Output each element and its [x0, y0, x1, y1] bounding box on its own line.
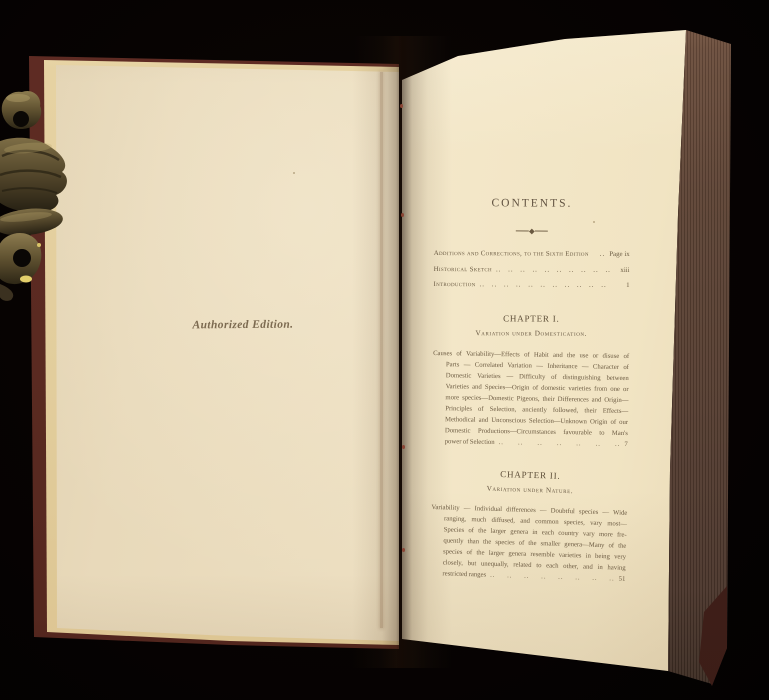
- dot-leaders: .. .. .. .. .. .. .. .. .. .. ..: [496, 262, 612, 278]
- toc-page-number: 1: [615, 278, 629, 294]
- chapter-page-number: 7: [624, 439, 628, 450]
- toc-label: Historical Sketch: [434, 261, 492, 277]
- clasp-lower-tube: [0, 205, 64, 238]
- page-title: CONTENTS.: [434, 197, 630, 213]
- chapter-1-summary: Causes of Variability—Effects of Habit a…: [432, 347, 630, 449]
- chapter-2-entry: CHAPTER II. Variation under Nature. Vari…: [429, 466, 628, 584]
- toc-page-number: Page ix: [609, 247, 630, 263]
- summary-line: restricted ranges: [442, 568, 486, 580]
- toc-row: Historical Sketch .. .. .. .. .. .. .. .…: [434, 261, 630, 278]
- clasp-hole: [13, 111, 29, 127]
- divider-ornament: [434, 228, 630, 234]
- clasp-gilt-glint: [37, 243, 41, 247]
- clasp-highlight: [6, 94, 30, 102]
- gutter-crease: [380, 72, 383, 628]
- clasp-gilt-glint: [20, 276, 32, 283]
- dot-leaders: ..: [593, 247, 606, 263]
- toc-row: Additions and Corrections, to the Sixth …: [434, 246, 630, 263]
- chapter-page-number: 51: [618, 573, 625, 584]
- toc-label: Additions and Corrections, to the Sixth …: [434, 246, 589, 262]
- binding-stitch: [401, 213, 404, 217]
- toc-page-number: xiii: [616, 262, 630, 278]
- divider-line: [535, 231, 548, 232]
- chapter-2-subheading: Variation under Nature.: [432, 482, 628, 498]
- chapter-2-heading: CHAPTER II.: [432, 466, 628, 484]
- divider-diamond: [529, 228, 535, 234]
- binding-stitch: [402, 548, 405, 552]
- photo-background: Authorized Edition. CONTENTS. Additions …: [0, 0, 769, 700]
- edition-note: Authorized Edition.: [155, 318, 331, 331]
- chapter-2-summary: Variability — Individual differences — D…: [429, 501, 627, 584]
- summary-line: power of Selection: [445, 436, 495, 448]
- toc-label: Introduction: [433, 277, 475, 293]
- clasp-tail: [0, 284, 13, 301]
- dot-leaders: .. .. .. .. .. .. .. .. .. .. .. ..: [480, 277, 612, 293]
- brass-clasp: [0, 86, 78, 304]
- dot-leaders: .. .. .. .. .. .. ..: [499, 437, 621, 450]
- chapter-1-heading: CHAPTER I.: [433, 312, 629, 325]
- binding-stitch: [400, 104, 403, 108]
- paper-speck: [293, 172, 295, 174]
- contents-page: CONTENTS. Additions and Corrections, to …: [432, 197, 630, 580]
- binding-stitch: [402, 445, 405, 449]
- chapter-1-entry: CHAPTER I. Variation under Domestication…: [433, 312, 630, 447]
- front-matter-list: Additions and Corrections, to the Sixth …: [433, 246, 629, 294]
- clasp-hole: [13, 249, 31, 267]
- divider-line: [516, 230, 529, 231]
- chapter-1-subheading: Variation under Domestication.: [433, 328, 629, 339]
- toc-row: Introduction .. .. .. .. .. .. .. .. .. …: [433, 277, 629, 294]
